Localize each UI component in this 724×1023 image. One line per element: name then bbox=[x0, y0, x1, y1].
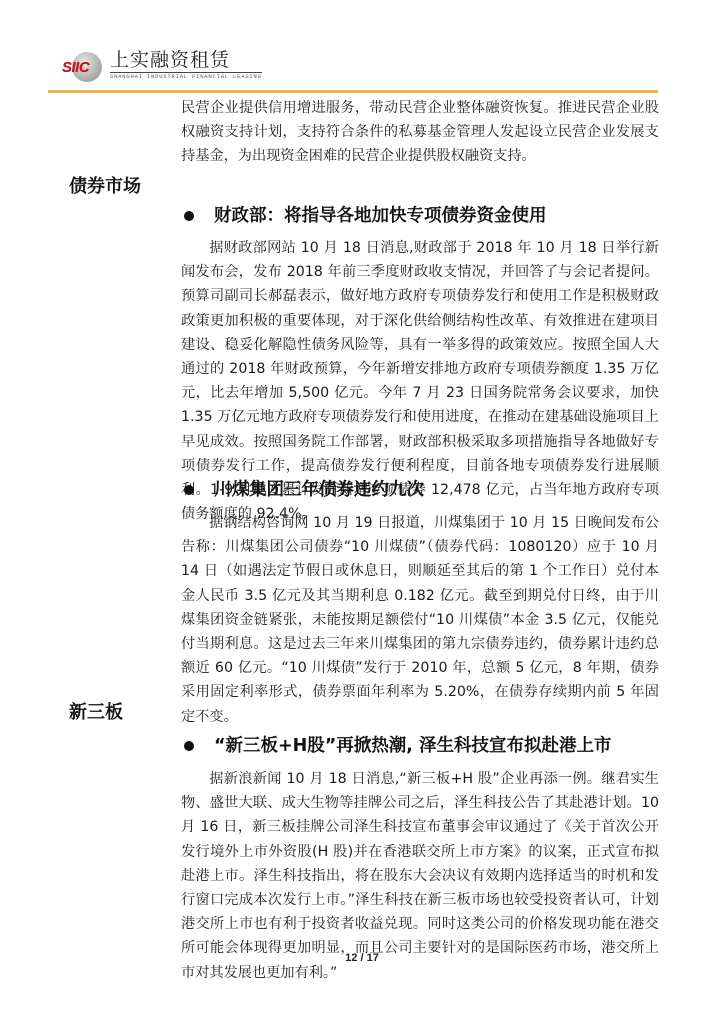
body-text: 据新浪新闻 10 月 18 日消息,“新三板+H 股”企业再添一例。继君实生物、… bbox=[181, 771, 659, 981]
headline-text: “新三板+H股”再掀热潮, 泽生科技宣布拟赴港上市 bbox=[214, 734, 612, 758]
company-name-en: SHANGHAI INDUSTRIAL FINANCIAL LEASING bbox=[110, 73, 262, 81]
document-page: SIIC 上实融资租赁 SHANGHAI INDUSTRIAL FINANCIA… bbox=[0, 0, 724, 1023]
siic-logo-icon: SIIC bbox=[60, 50, 106, 84]
bullet-icon bbox=[184, 485, 194, 495]
headline-text: 财政部：将指导各地加快专项债券资金使用 bbox=[214, 204, 547, 228]
article-headline: 财政部：将指导各地加快专项债券资金使用 bbox=[182, 204, 547, 228]
article-headline: 川煤集团三年债券违约九次 bbox=[182, 478, 424, 502]
logo-mark-text: SIIC bbox=[62, 60, 89, 75]
body-text: 据钢结构咨询网 10 月 19 日报道，川煤集团于 10 月 15 日晚间发布公… bbox=[181, 515, 659, 725]
bullet-icon bbox=[184, 211, 194, 221]
article-body: 据钢结构咨询网 10 月 19 日报道，川煤集团于 10 月 15 日晚间发布公… bbox=[181, 511, 659, 729]
header-divider bbox=[48, 90, 658, 93]
logo-wordmark: 上实融资租赁 SHANGHAI INDUSTRIAL FINANCIAL LEA… bbox=[110, 49, 262, 81]
intro-paragraph: 民营企业提供信用增进服务，带动民营企业整体融资恢复。推进民营企业股权融资支持计划… bbox=[181, 96, 659, 169]
company-name-cn: 上实融资租赁 bbox=[110, 49, 262, 73]
page-header: SIIC 上实融资租赁 SHANGHAI INDUSTRIAL FINANCIA… bbox=[60, 44, 262, 84]
page-number: 12 / 17 bbox=[0, 952, 724, 964]
section-title-new-third-board: 新三板 bbox=[69, 701, 123, 725]
headline-text: 川煤集团三年债券违约九次 bbox=[214, 478, 424, 502]
article-headline: “新三板+H股”再掀热潮, 泽生科技宣布拟赴港上市 bbox=[182, 734, 612, 758]
bullet-icon bbox=[184, 741, 194, 751]
section-title-bond-market: 债券市场 bbox=[69, 175, 141, 199]
